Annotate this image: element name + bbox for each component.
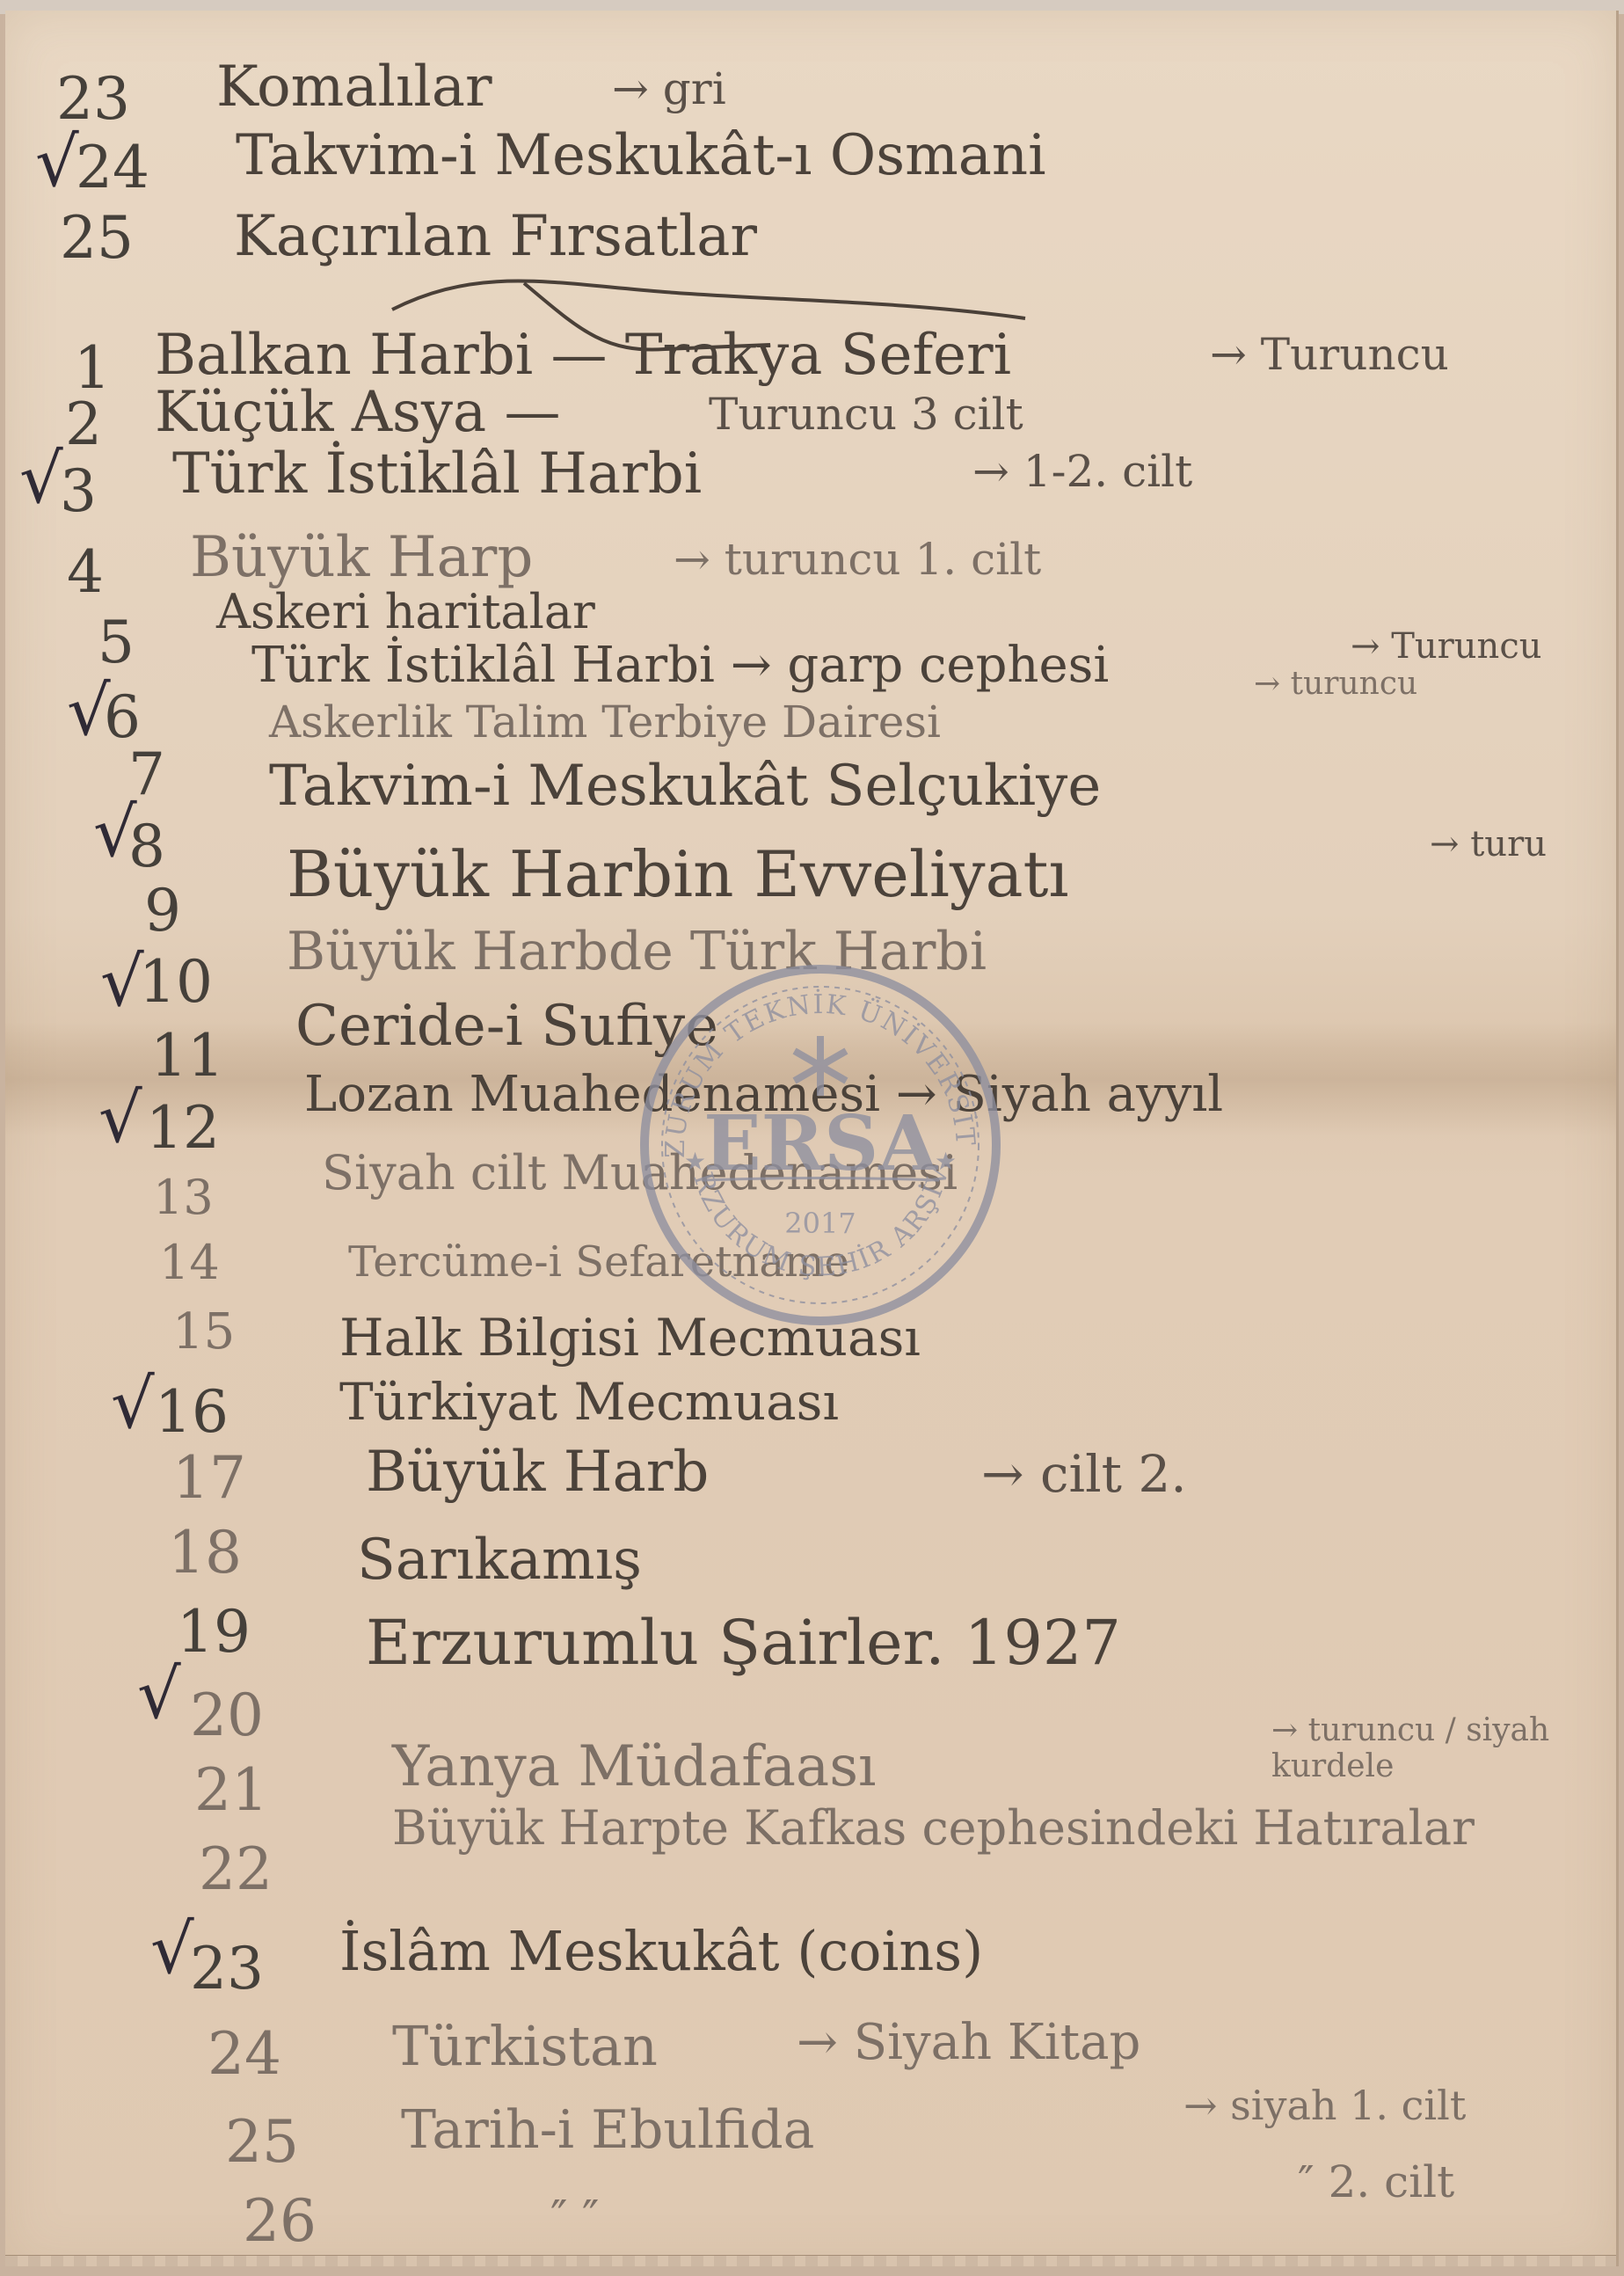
item-title: Büyük Harb	[366, 1440, 709, 1505]
item-number: 26	[243, 2187, 317, 2255]
checkmark-icon: √	[35, 123, 79, 202]
item-number: 13	[153, 1170, 214, 1225]
item-title: Büyük Harbin Evveliyatı	[287, 837, 1069, 911]
item-number: 24	[76, 134, 149, 201]
item-note: → turuncu / siyah kurdele	[1271, 1712, 1616, 1784]
checkmark-icon: √	[98, 1079, 142, 1158]
stamp-seal-icon: ERZURUM TEKNİK ÜNİVERSİTESİ ERZURUM ŞEHİ…	[631, 960, 1009, 1330]
stamp-year: 2017	[784, 1207, 856, 1240]
item-title: Türkiyat Mecmuası	[339, 1372, 839, 1432]
item-title: Büyük Harp	[190, 525, 533, 590]
item-number: 18	[168, 1519, 242, 1587]
item-title: ″ ″	[550, 2192, 599, 2244]
item-note: → gri	[612, 63, 726, 114]
item-number: 24	[208, 2020, 281, 2088]
item-title: Türk İstiklâl Harbi	[172, 441, 702, 507]
item-note: ″ 2. cilt	[1298, 2156, 1454, 2207]
item-number: 3	[60, 457, 97, 525]
item-note: → turuncu 1. cilt	[674, 534, 1041, 585]
torn-bottom-edge	[5, 2255, 1616, 2266]
checkmark-icon: √	[100, 943, 144, 1022]
item-title: Sarıkamış	[357, 1528, 642, 1593]
checkmark-icon: √	[19, 440, 63, 519]
item-title: Türk İstiklâl Harbi → garp cephesi	[251, 637, 1109, 694]
stamp-center-text: ERSA	[703, 1099, 938, 1188]
item-number: 25	[60, 204, 134, 272]
item-number: 20	[190, 1681, 264, 1749]
snowflake-emblem-icon	[793, 1036, 848, 1096]
item-number: 5	[98, 609, 135, 676]
item-number: 8	[128, 813, 165, 880]
item-note: Turuncu 3 cilt	[709, 389, 1023, 440]
item-number: 2	[65, 390, 102, 458]
item-number: 21	[194, 1756, 268, 1824]
item-number: 11	[150, 1022, 224, 1090]
item-number: 17	[172, 1444, 246, 1512]
item-note: → cilt 2.	[981, 1444, 1187, 1504]
item-number: 22	[199, 1835, 273, 1903]
item-title: Küçük Asya —	[155, 380, 561, 445]
item-title: Askeri haritalar	[216, 584, 595, 639]
item-number: 4	[67, 538, 104, 606]
item-number: 15	[172, 1303, 235, 1360]
item-title: Takvim-i Meskukât-ı Osmani	[236, 123, 1046, 188]
item-title: Yanya Müdafaası	[392, 1734, 877, 1799]
item-note: → Turuncu	[1210, 329, 1449, 380]
item-title: Balkan Harbi — Trakya Seferi	[155, 323, 1011, 388]
item-number: 16	[155, 1378, 229, 1446]
handwritten-page: 23 Komalılar → gri √ 24 Takvim-i Meskukâ…	[5, 11, 1619, 2266]
item-number: 23	[190, 1935, 264, 2002]
item-note: → 1-2. cilt	[972, 446, 1192, 497]
item-note: → turuncu	[1254, 666, 1417, 702]
item-number: 25	[225, 2108, 299, 2176]
item-title: Türkistan	[392, 2014, 658, 2078]
item-note: → Siyah Kitap	[797, 2014, 1140, 2071]
item-title: Kaçırılan Fırsatlar	[234, 204, 757, 269]
item-title: Tarih-i Ebulfida	[401, 2099, 814, 2161]
checkmark-icon: √	[111, 1365, 155, 1444]
item-number: 12	[146, 1094, 220, 1162]
item-number: 9	[144, 877, 181, 945]
star-icon: ★	[684, 1147, 706, 1176]
item-note: → Turuncu	[1351, 626, 1541, 667]
item-title: Takvim-i Meskukât Selçukiye	[269, 754, 1101, 819]
item-title: İslâm Meskukât (coins)	[339, 1919, 983, 1983]
item-title: Askerlik Talim Terbiye Dairesi	[269, 697, 941, 748]
item-number: 10	[139, 948, 213, 1016]
item-title: Büyük Harpte Kafkas cephesindeki Hatıral…	[392, 1800, 1475, 1856]
item-number: 19	[177, 1598, 251, 1666]
item-title: Erzurumlu Şairler. 1927	[366, 1607, 1121, 1679]
checkmark-icon: √	[150, 1910, 194, 1989]
archive-stamp: ERZURUM TEKNİK ÜNİVERSİTESİ ERZURUM ŞEHİ…	[631, 960, 1009, 1330]
item-note: → siyah 1. cilt	[1183, 2082, 1466, 2129]
star-icon: ★	[935, 1147, 957, 1176]
item-number: 14	[159, 1235, 220, 1290]
item-note: → turu	[1430, 824, 1547, 864]
item-title: Komalılar	[216, 55, 492, 120]
checkmark-icon: √	[137, 1655, 181, 1734]
